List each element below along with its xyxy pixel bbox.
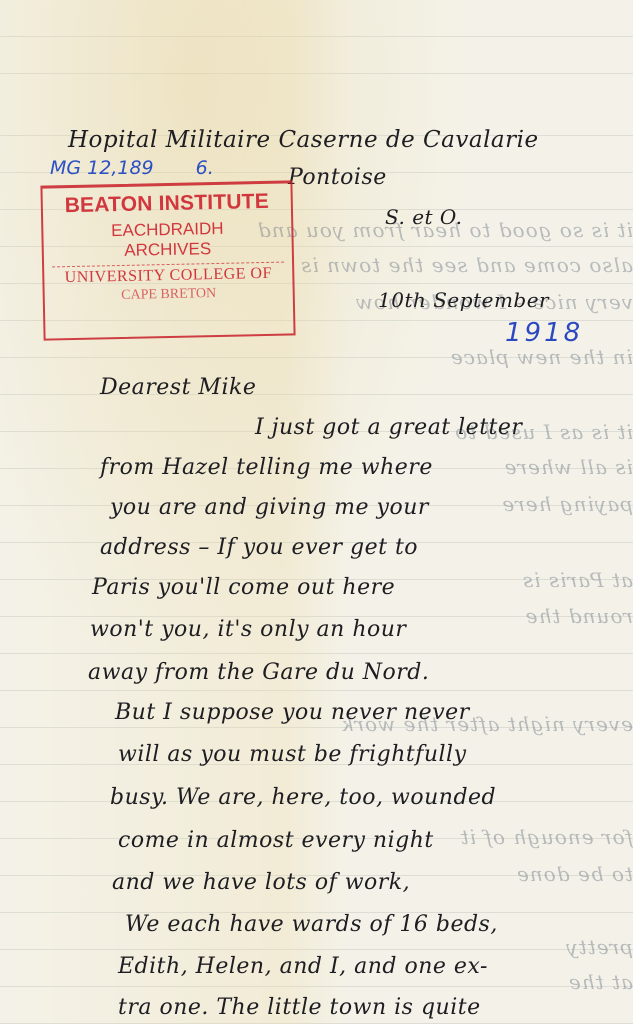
stamp-archives: ARCHIVES [44,237,292,262]
address-line-hospital: Hopital Militaire Caserne de Cavalarie [68,127,539,153]
salutation: Dearest Mike [100,375,256,400]
letter-body-line: come in almost every night [118,828,434,853]
letter-date: 10th September [378,288,549,312]
letter-body-line: tra one. The little town is quite [118,995,481,1020]
stamp-institute: BEATON INSTITUTE [43,189,291,218]
stamp-location: CAPE BRETON [45,284,293,305]
letter-body-line: I just got a great letter [255,415,522,440]
archive-stamp: BEATON INSTITUTE EACHDRAIDH ARCHIVES UNI… [40,180,295,340]
letter-body-line: Edith, Helen, and I, and one ex- [118,954,488,979]
letter-body-line: will as you must be frightfully [118,742,467,767]
address-line-town: Pontoise [288,165,387,190]
letter-body-line: away from the Gare du Nord. [88,660,429,685]
letter-body-line: won't you, it's only an hour [90,617,406,642]
letter-body-line: address – If you ever get to [100,535,418,560]
letter-page: it is so good to hear from you and also … [0,0,633,1024]
letter-body-line: busy. We are, here, too, wounded [110,785,496,810]
year-annotation: 1918 [505,318,583,348]
letter-body-line: from Hazel telling me where [100,455,433,480]
archive-item-number: 6. [196,157,214,179]
letter-body-line: We each have wards of 16 beds, [125,912,498,937]
archive-collection-number: MG 12,189 [50,157,154,179]
bleed-through-text: in the new place [0,345,633,369]
letter-body-line: and we have lots of work, [112,870,410,895]
letter-body-line: Paris you'll come out here [92,575,395,600]
letter-body-line: you are and giving me your [110,495,429,520]
archive-reference: MG 12,1896. [50,157,214,179]
letter-body-line: But I suppose you never never [115,700,470,725]
address-line-department: S. et O. [385,205,463,229]
stamp-university: UNIVERSITY COLLEGE OF [44,264,292,287]
